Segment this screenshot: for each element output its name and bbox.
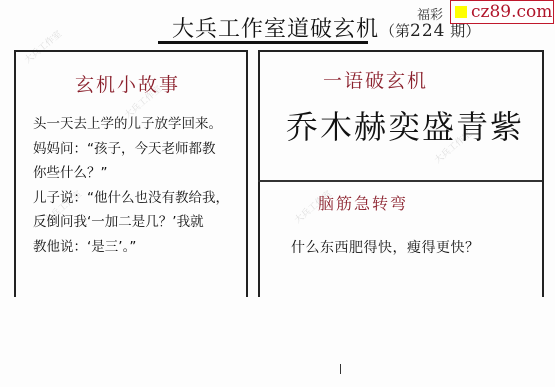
riddle-title: 脑筋急转弯 [318, 191, 408, 214]
issue-suffix: 期） [450, 22, 480, 40]
issue-number: 224 [410, 21, 445, 41]
story-line: 反倒问我‘一加二是几？’我就 [33, 210, 243, 235]
story-title: 玄机小故事 [75, 70, 180, 97]
issue-prefix: （第 [380, 22, 410, 40]
phrase-answer: 乔木赫奕盛青紫 [286, 102, 524, 148]
story-line: 你些什么？” [33, 161, 243, 186]
story-line: 教他说：‘是三’。” [33, 235, 243, 260]
story-body: 头一天去上学的儿子放学回来。 妈妈问：“孩子，今天老师都教 你些什么？” 儿子说… [33, 112, 243, 259]
story-line: 妈妈问：“孩子，今天老师都教 [33, 137, 243, 162]
yellow-square-icon [455, 6, 467, 18]
riddle-question: 什么东西肥得快，瘦得更快？ [291, 237, 480, 257]
panel-divider [258, 180, 542, 182]
title-underline [158, 41, 368, 44]
phrase-title: 一语破玄机 [323, 66, 428, 93]
page-title: 大兵工作室道破玄机 [172, 12, 379, 43]
site-url: cz89.com [471, 2, 552, 22]
story-line: 儿子说：“他什么也没有教给我， [33, 186, 243, 211]
story-line: 头一天去上学的儿子放学回来。 [33, 112, 243, 137]
page-mark [340, 364, 341, 374]
site-badge[interactable]: cz89.com [450, 0, 554, 24]
